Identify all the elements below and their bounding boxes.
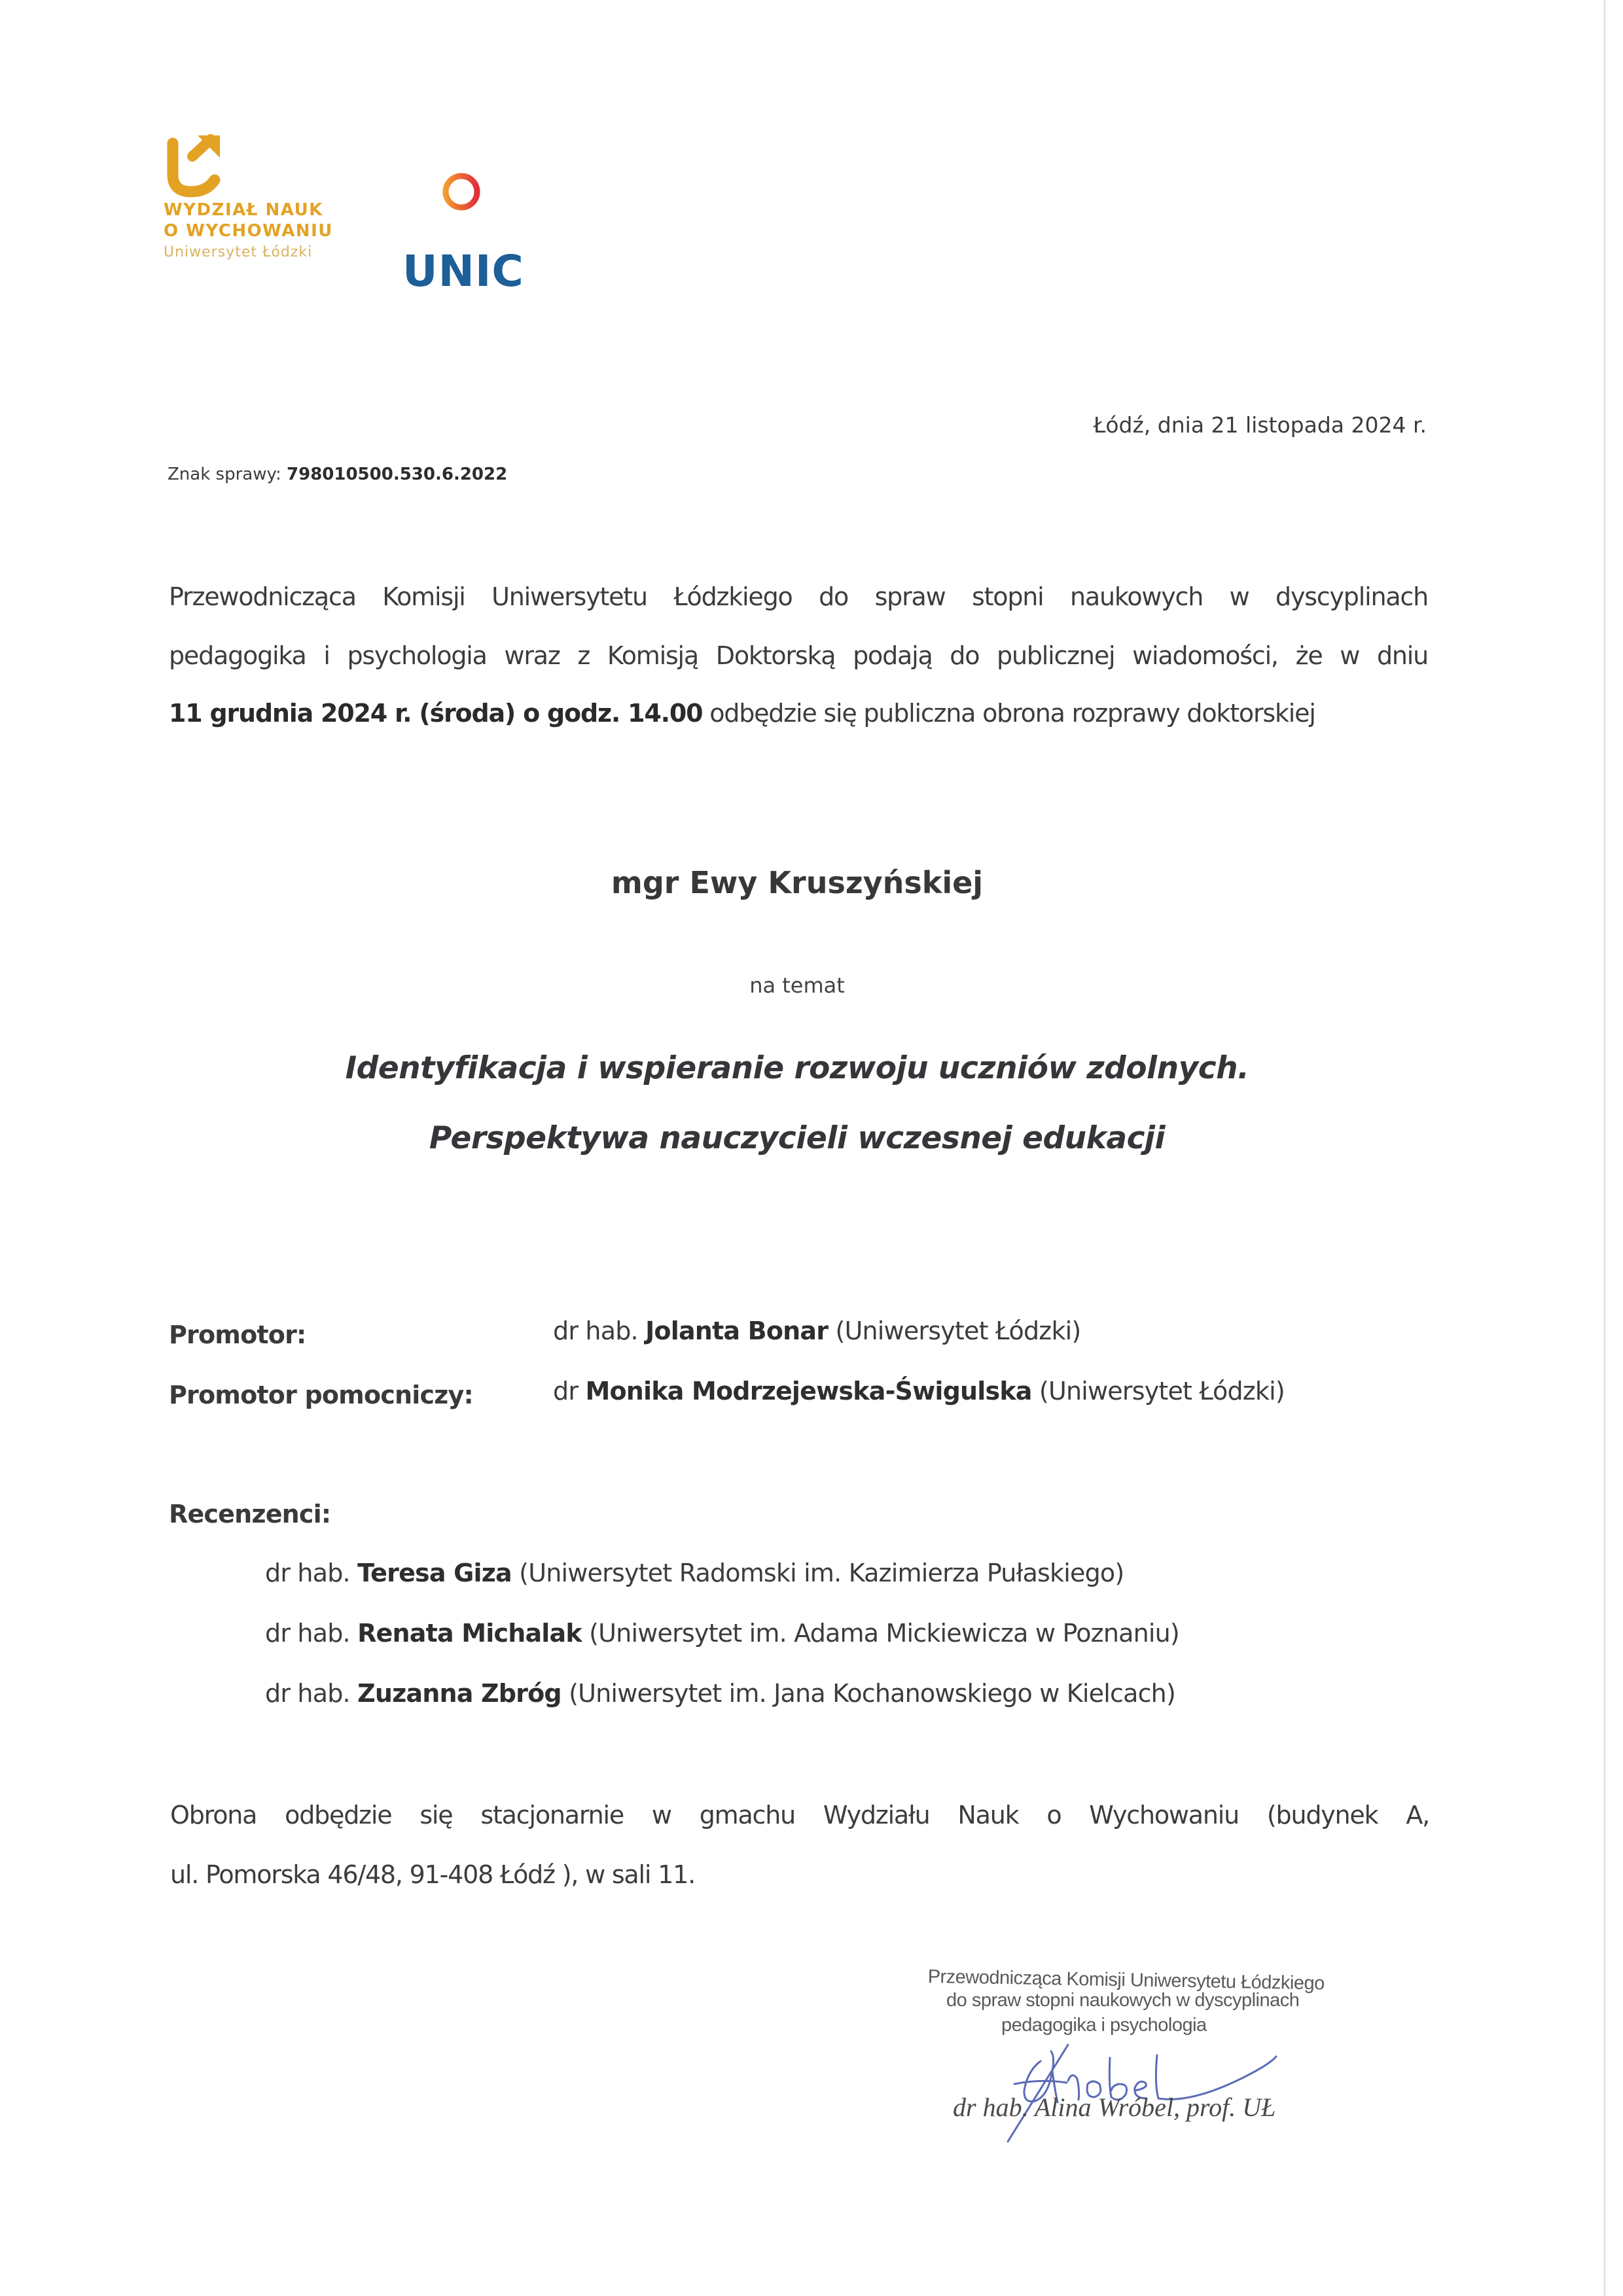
- case-reference: Znak sprawy: 798010500.530.6.2022: [168, 465, 507, 484]
- location-line-2: ul. Pomorska 46/48, 91-408 Łódź ), w sal…: [170, 1860, 1429, 1889]
- auxiliary-supervisor-title: dr: [553, 1377, 585, 1405]
- reviewer-item: dr hab. Renata Michalak (Uniwersytet im.…: [265, 1619, 1179, 1648]
- case-number: 798010500.530.6.2022: [287, 465, 507, 484]
- document-date: Łódź, dnia 21 listopada 2024 r.: [1094, 412, 1427, 438]
- auxiliary-supervisor-affiliation: (Uniwersytet Łódzki): [1032, 1377, 1285, 1405]
- auxiliary-supervisor-value: dr Monika Modrzejewska-Świgulska (Uniwer…: [553, 1377, 1285, 1405]
- faculty-name-line1: WYDZIAŁ NAUK: [164, 200, 333, 221]
- scan-artifact-line: [1603, 0, 1606, 2296]
- reviewer-title: dr hab.: [265, 1619, 357, 1648]
- reviewers-label: Recenzenci:: [169, 1500, 330, 1528]
- signature-scribble-icon: [995, 2032, 1283, 2143]
- faculty-arrow-u-icon: [164, 134, 229, 200]
- announcement-line-2: pedagogika i psychologia wraz z Komisją …: [169, 641, 1428, 670]
- case-label: Znak sprawy:: [168, 465, 281, 484]
- supervisor-label: Promotor:: [169, 1320, 306, 1349]
- signer-name: dr hab. Alina Wróbel, prof. UŁ: [953, 2092, 1275, 2123]
- auxiliary-supervisor-name: Monika Modrzejewska-Świgulska: [585, 1377, 1031, 1405]
- unic-sun-icon: [406, 136, 517, 247]
- university-name: Uniwersytet Łódzki: [164, 241, 333, 264]
- unic-wordmark: UNIC: [402, 249, 520, 294]
- announcement-line-3-rest: odbędzie się publiczna obrona rozprawy d…: [702, 699, 1315, 728]
- stamp-line-2: do spraw stopni naukowych w dyscyplinach: [946, 1990, 1299, 2011]
- reviewer-name: Teresa Giza: [357, 1559, 512, 1587]
- reviewer-affiliation: (Uniwersytet im. Adama Mickiewicza w Poz…: [582, 1619, 1179, 1648]
- announcement-line-1: Przewodnicząca Komisji Uniwersytetu Łódz…: [169, 582, 1428, 611]
- supervisor-name: Jolanta Bonar: [645, 1316, 828, 1345]
- reviewer-affiliation: (Uniwersytet im. Jana Kochanowskiego w K…: [562, 1679, 1175, 1708]
- reviewer-item: dr hab. Zuzanna Zbróg (Uniwersytet im. J…: [265, 1679, 1175, 1708]
- announcement-line-3: 11 grudnia 2024 r. (środa) o godz. 14.00…: [169, 699, 1428, 728]
- faculty-logo: WYDZIAŁ NAUK O WYCHOWANIU Uniwersytet Łó…: [164, 134, 333, 264]
- signature-block: Przewodnicząca Komisji Uniwersytetu Łódz…: [916, 1966, 1387, 2156]
- unic-logo: UNIC: [402, 136, 520, 294]
- reviewer-affiliation: (Uniwersytet Radomski im. Kazimierza Puł…: [512, 1559, 1124, 1587]
- supervisor-value: dr hab. Jolanta Bonar (Uniwersytet Łódzk…: [553, 1316, 1080, 1345]
- supervisor-title: dr hab.: [553, 1316, 645, 1345]
- candidate-name: mgr Ewy Kruszyńskiej: [0, 865, 1594, 900]
- reviewer-name: Zuzanna Zbróg: [357, 1679, 562, 1708]
- topic-label: na temat: [0, 973, 1594, 998]
- defense-date-time: 11 grudnia 2024 r. (środa) o godz. 14.00: [169, 699, 702, 728]
- faculty-name-line2: O WYCHOWANIU: [164, 221, 333, 241]
- auxiliary-supervisor-label: Promotor pomocniczy:: [169, 1381, 473, 1409]
- reviewer-name: Renata Michalak: [357, 1619, 582, 1648]
- location-line-1: Obrona odbędzie się stacjonarnie w gmach…: [170, 1801, 1429, 1829]
- thesis-title-line-1: Identyfikacja i wspieranie rozwoju uczni…: [0, 1050, 1594, 1086]
- reviewer-title: dr hab.: [265, 1679, 357, 1708]
- thesis-title-line-2: Perspektywa nauczycieli wczesnej edukacj…: [0, 1120, 1594, 1156]
- supervisor-affiliation: (Uniwersytet Łódzki): [828, 1316, 1080, 1345]
- reviewer-item: dr hab. Teresa Giza (Uniwersytet Radomsk…: [265, 1559, 1124, 1587]
- reviewer-title: dr hab.: [265, 1559, 357, 1587]
